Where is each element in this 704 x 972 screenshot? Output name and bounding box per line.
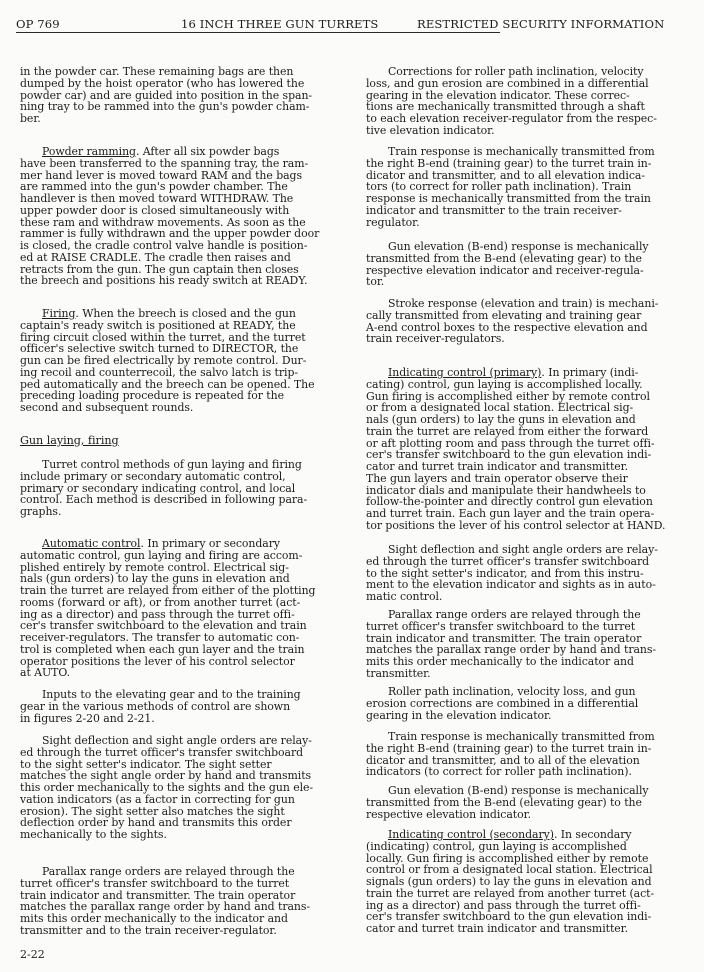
text-line: the right B-end (training gear) to the t…: [366, 158, 686, 170]
section-heading: Gun laying, firing: [20, 435, 340, 447]
text-line: ber.: [20, 113, 340, 125]
paragraph-gun-elevation-indicating: Gun elevation (B-end) response is mechan…: [366, 785, 686, 820]
text-line: Train response is mechanically transmitt…: [366, 146, 686, 158]
paragraph-indicating-control-secondary: Indicating control (secondary). In secon…: [366, 829, 686, 935]
text-line: in the powder car. These remaining bags …: [20, 66, 340, 78]
text-line: second and subsequent rounds.: [20, 402, 340, 414]
text-line: indicator and transmitter to the train r…: [366, 205, 686, 217]
classification-marking: RESTRICTED SECURITY INFORMATION: [417, 17, 664, 31]
text-line: control. Each method is described in fol…: [20, 494, 340, 506]
text-line: train the turret are relayed from either…: [366, 426, 686, 438]
text-line: ing recoil and counterrecoil, the salvo …: [20, 367, 340, 379]
text-line: captain's ready switch is positioned at …: [20, 320, 340, 332]
text-line: Gun elevation (B-end) response is mechan…: [366, 785, 686, 797]
text-line: Turret control methods of gun laying and…: [20, 459, 340, 471]
text-line: the breech and positions his ready switc…: [20, 275, 340, 287]
paragraph-corrections: Corrections for roller path inclination,…: [366, 66, 686, 137]
text-line: ning tray to be rammed into the gun's po…: [20, 101, 340, 113]
text-line: ed at RAISE CRADLE. The cradle then rais…: [20, 252, 340, 264]
text-line: include primary or secondary automatic c…: [20, 471, 340, 483]
text-line: Sight deflection and sight angle orders …: [20, 735, 340, 747]
text-line: dumped by the hoist operator (who has lo…: [20, 78, 340, 90]
text-line: transmitter and to the train receiver-re…: [20, 925, 340, 937]
paragraph-powder-ramming: Powder ramming. After all six powder bag…: [20, 146, 340, 287]
text-line: tive elevation indicator.: [366, 125, 686, 137]
text-line: Corrections for roller path inclination,…: [366, 66, 686, 78]
paragraph-turret-control-methods: Turret control methods of gun laying and…: [20, 459, 340, 518]
text-line: Train response is mechanically transmitt…: [366, 731, 686, 743]
text-line: have been transferred to the spanning tr…: [20, 158, 340, 170]
text-line: Stroke response (elevation and train) is…: [366, 298, 686, 310]
text-line: erosion corrections are combined in a di…: [366, 698, 686, 710]
paragraph-indicating-control-primary: Indicating control (primary). In primary…: [366, 367, 686, 532]
text-line: loss, and gun erosion are combined in a …: [366, 78, 686, 90]
text-line: is closed, the cradle control valve hand…: [20, 240, 340, 252]
text-line: mits this order mechanically to the indi…: [20, 913, 340, 925]
paragraph-parallax-range: Parallax range orders are relayed throug…: [20, 866, 340, 937]
paragraph-train-response-indicating: Train response is mechanically transmitt…: [366, 731, 686, 778]
text-line: cator and turret train indicator and tra…: [366, 923, 686, 935]
paragraph-train-response: Train response is mechanically transmitt…: [366, 146, 686, 228]
doc-number: OP 769: [16, 17, 60, 31]
text-line: cator and turret train indicator and tra…: [366, 461, 686, 473]
text-line: ed through the turret officer's transfer…: [366, 556, 686, 568]
text-line: mits this order mechanically to the indi…: [366, 656, 686, 668]
text-line: handlever is then moved toward WITHDRAW.…: [20, 193, 340, 205]
text-line: turret officer's transfer switchboard to…: [366, 621, 686, 633]
text-line: transmitted from the B-end (elevating ge…: [366, 797, 686, 809]
page-number: 2-22: [20, 948, 45, 961]
text-line: Sight deflection and sight angle orders …: [366, 544, 686, 556]
text-line: train receiver-regulators.: [366, 333, 686, 345]
text-line: vation indicators (as a factor in correc…: [20, 794, 340, 806]
text-line: response is mechanically transmitted fro…: [366, 193, 686, 205]
text-line: turret officer's transfer switchboard to…: [20, 878, 340, 890]
text-line: matic control.: [366, 591, 686, 603]
text-line: graphs.: [20, 506, 340, 518]
paragraph-powder-car: in the powder car. These remaining bags …: [20, 66, 340, 125]
text-line: indicators (to correct for roller path i…: [366, 766, 686, 778]
text-line: regulator.: [366, 217, 686, 229]
text-line: in figures 2-20 and 2-21.: [20, 713, 340, 725]
text-line: Gun elevation (B-end) response is mechan…: [366, 241, 686, 253]
text-line: tor positions the lever of his control s…: [366, 520, 686, 532]
text-line: receiver-regulators. The transfer to aut…: [20, 632, 340, 644]
text-line: (indicating) control, gun laying is acco…: [366, 841, 686, 853]
text-line: respective elevation indicator and recei…: [366, 265, 686, 277]
text-line: at AUTO.: [20, 667, 340, 679]
text-line: Inputs to the elevating gear and to the …: [20, 689, 340, 701]
text-line: respective elevation indicator.: [366, 809, 686, 821]
text-line: nals (gun orders) to lay the guns in ele…: [366, 414, 686, 426]
paragraph-gun-elevation: Gun elevation (B-end) response is mechan…: [366, 241, 686, 288]
text-line: tor.: [366, 276, 686, 288]
text-line: ed through the turret officer's transfer…: [20, 747, 340, 759]
text-line: gun can be fired electrically by remote …: [20, 355, 340, 367]
text-line: upper powder door is closed simultaneous…: [20, 205, 340, 217]
paragraph-parallax-range-indicating: Parallax range orders are relayed throug…: [366, 609, 686, 680]
text-line: this order mechanically to the sights an…: [20, 782, 340, 794]
text-line: trol is completed when each gun layer an…: [20, 644, 340, 656]
text-line: gear in the various methods of control a…: [20, 701, 340, 713]
text-line: transmitter.: [366, 668, 686, 680]
doc-title: 16 INCH THREE GUN TURRETS: [181, 17, 378, 31]
text-line: train the turret are relayed from either…: [20, 585, 340, 597]
text-line: the right B-end (training gear) to the t…: [366, 743, 686, 755]
paragraph-inputs: Inputs to the elevating gear and to the …: [20, 689, 340, 724]
text-line: The gun layers and train operator observ…: [366, 473, 686, 485]
section-heading-gun-laying: Gun laying, firing: [20, 435, 340, 447]
text-line: train the turret are relayed from anothe…: [366, 888, 686, 900]
text-line: to each elevation receiver-regulator fro…: [366, 113, 686, 125]
paragraph-sight-deflection: Sight deflection and sight angle orders …: [20, 735, 340, 841]
paragraph-firing: Firing. When the breech is closed and th…: [20, 308, 340, 414]
text-line: rooms (forward or aft), or from another …: [20, 597, 340, 609]
text-line: mechanically to the sights.: [20, 829, 340, 841]
paragraph-stroke-response: Stroke response (elevation and train) is…: [366, 298, 686, 345]
paragraph-sight-deflection-indicating: Sight deflection and sight angle orders …: [366, 544, 686, 603]
text-line: cating) control, gun laying is accomplis…: [366, 379, 686, 391]
text-line: automatic control, gun laying and firing…: [20, 550, 340, 562]
text-line: signals (gun orders) to lay the guns in …: [366, 876, 686, 888]
paragraph-roller-path: Roller path inclination, velocity loss, …: [366, 686, 686, 721]
text-line: Roller path inclination, velocity loss, …: [366, 686, 686, 698]
text-line: and turret train. Each gun layer and the…: [366, 508, 686, 520]
text-line: Parallax range orders are relayed throug…: [20, 866, 340, 878]
text-line: cally transmitted from elevating and tra…: [366, 310, 686, 322]
text-line: Parallax range orders are relayed throug…: [366, 609, 686, 621]
text-line: transmitted from the B-end (elevating ge…: [366, 253, 686, 265]
page-header: OP 769 16 INCH THREE GUN TURRETS RESTRIC…: [16, 14, 500, 33]
paragraph-automatic-control: Automatic control. In primary or seconda…: [20, 538, 340, 679]
text-line: gearing in the elevation indicator.: [366, 710, 686, 722]
